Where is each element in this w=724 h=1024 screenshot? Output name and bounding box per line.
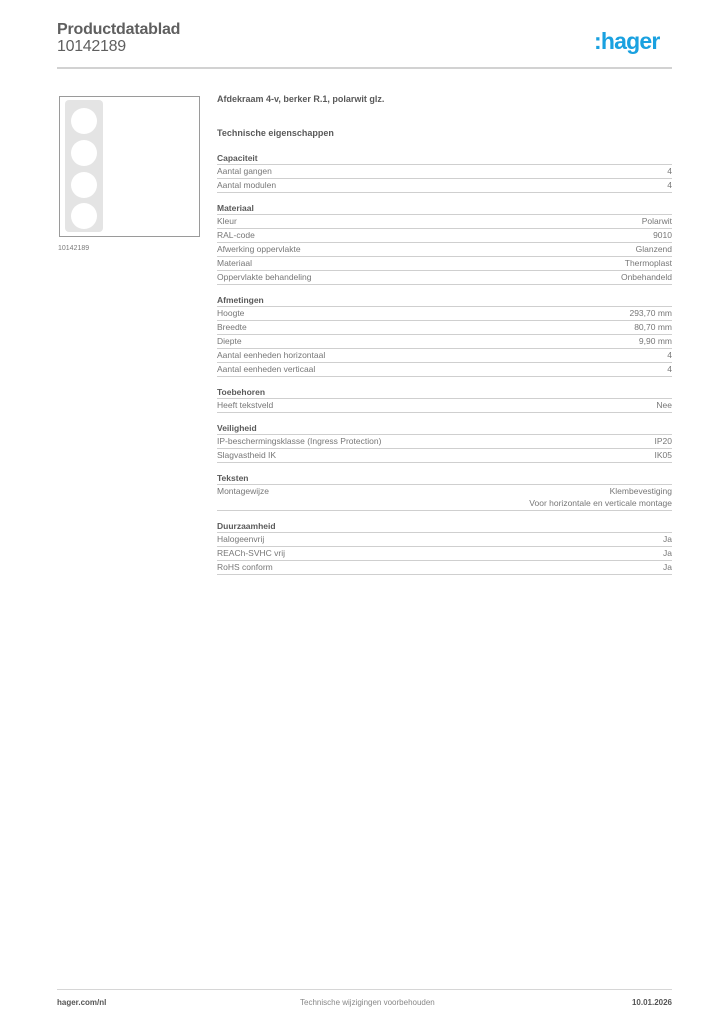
spec-label: REACh-SVHC vrij [217,547,285,560]
spec-value-line: IP20 [655,436,673,448]
spec-value: 9,90 mm [639,335,672,348]
section-title: Toebehoren [217,386,672,399]
footer-divider [57,989,672,990]
spec-value: Onbehandeld [621,271,672,284]
spec-value-line: Onbehandeld [621,272,672,284]
spec-section: DuurzaamheidHalogeenvrijJaREACh-SVHC vri… [217,520,672,575]
spec-value: Ja [663,561,672,574]
spec-value: Glanzend [636,243,672,256]
spec-value-line: Nee [656,400,672,412]
spec-row: Heeft tekstveldNee [217,399,672,413]
spec-value: IP20 [655,435,673,448]
spec-row: Hoogte293,70 mm [217,307,672,321]
spec-value-line: IK05 [655,450,673,462]
spec-row: Aantal eenheden horizontaal4 [217,349,672,363]
spec-row: RAL-code9010 [217,229,672,243]
frame-opening [71,108,97,134]
spec-value-line: Ja [663,548,672,560]
spec-value-line: Ja [663,562,672,574]
spec-value-line: 9010 [653,230,672,242]
spec-value-line: Ja [663,534,672,546]
spec-row: MateriaalThermoplast [217,257,672,271]
article-number: 10142189 [57,38,126,56]
spec-row: RoHS conformJa [217,561,672,575]
spec-value-line: 80,70 mm [634,322,672,334]
spec-label: Halogeenvrij [217,533,264,546]
spec-value-line: Voor horizontale en verticale montage [529,498,672,510]
spec-row: REACh-SVHC vrijJa [217,547,672,561]
spec-value-line: Polarwit [642,216,672,228]
spec-value-line: 4 [667,364,672,376]
spec-value: 9010 [653,229,672,242]
spec-value: IK05 [655,449,673,462]
spec-value: 4 [667,179,672,192]
spec-value-line: Klembevestiging [529,486,672,498]
spec-label: Montagewijze [217,485,269,498]
spec-value: 293,70 mm [629,307,672,320]
section-title: Materiaal [217,202,672,215]
spec-label: Afwerking oppervlakte [217,243,301,256]
spec-label: RoHS conform [217,561,273,574]
spec-row: Aantal gangen4 [217,165,672,179]
spec-value: Ja [663,547,672,560]
spec-value-line: Thermoplast [625,258,672,270]
spec-value-line: Glanzend [636,244,672,256]
spec-sections: CapaciteitAantal gangen4Aantal modulen4M… [217,152,672,575]
spec-value: 4 [667,165,672,178]
spec-value-line: 293,70 mm [629,308,672,320]
cover-frame-icon [65,100,103,232]
spec-row: HalogeenvrijJa [217,533,672,547]
spec-value: 80,70 mm [634,321,672,334]
spec-label: Aantal eenheden verticaal [217,363,315,376]
frame-opening [71,172,97,198]
spec-value-line: 9,90 mm [639,336,672,348]
spec-label: Aantal eenheden horizontaal [217,349,325,362]
spec-row: Slagvastheid IKIK05 [217,449,672,463]
spec-row: Aantal modulen4 [217,179,672,193]
spec-row: Afwerking oppervlakteGlanzend [217,243,672,257]
spec-label: Breedte [217,321,247,334]
section-title: Teksten [217,472,672,485]
image-caption: 10142189 [58,245,89,252]
spec-row: KleurPolarwit [217,215,672,229]
spec-row: MontagewijzeKlembevestigingVoor horizont… [217,485,672,511]
header-title: Productdatablad [57,21,180,39]
spec-section: ToebehorenHeeft tekstveldNee [217,386,672,413]
spec-section: CapaciteitAantal gangen4Aantal modulen4 [217,152,672,193]
product-name: Afdekraam 4-v, berker R.1, polarwit glz. [217,94,672,107]
footer-website[interactable]: hager.com/nl [57,998,106,1007]
spec-row: IP-beschermingsklasse (Ingress Protectio… [217,435,672,449]
spec-label: Aantal modulen [217,179,276,192]
tech-heading: Technische eigenschappen [217,128,672,141]
spec-section: VeiligheidIP-beschermingsklasse (Ingress… [217,422,672,463]
footer-date: 10.01.2026 [632,998,672,1007]
spec-value: Polarwit [642,215,672,228]
section-title: Veiligheid [217,422,672,435]
spec-content: Afdekraam 4-v, berker R.1, polarwit glz.… [217,94,672,584]
spec-row: Diepte9,90 mm [217,335,672,349]
spec-section: MateriaalKleurPolarwitRAL-code9010Afwerk… [217,202,672,285]
section-title: Afmetingen [217,294,672,307]
spec-value: Thermoplast [625,257,672,270]
section-title: Capaciteit [217,152,672,165]
frame-opening [71,140,97,166]
spec-value: KlembevestigingVoor horizontale en verti… [529,485,672,509]
spec-label: Heeft tekstveld [217,399,273,412]
footer-disclaimer: Technische wijzigingen voorbehouden [300,998,435,1007]
spec-label: Oppervlakte behandeling [217,271,312,284]
spec-value-line: 4 [667,180,672,192]
spec-value: Nee [656,399,672,412]
section-title: Duurzaamheid [217,520,672,533]
header-divider [57,67,672,69]
spec-label: Kleur [217,215,237,228]
spec-label: Diepte [217,335,242,348]
spec-label: RAL-code [217,229,255,242]
spec-value: Ja [663,533,672,546]
spec-label: Materiaal [217,257,252,270]
spec-value-line: 4 [667,166,672,178]
frame-opening [71,203,97,229]
spec-label: Slagvastheid IK [217,449,276,462]
spec-value: 4 [667,349,672,362]
spec-row: Aantal eenheden verticaal4 [217,363,672,377]
spec-section: TekstenMontagewijzeKlembevestigingVoor h… [217,472,672,511]
spec-row: Oppervlakte behandelingOnbehandeld [217,271,672,285]
spec-value-line: 4 [667,350,672,362]
spec-label: Aantal gangen [217,165,272,178]
hager-logo: :hager [594,29,660,53]
spec-row: Breedte80,70 mm [217,321,672,335]
spec-section: AfmetingenHoogte293,70 mmBreedte80,70 mm… [217,294,672,377]
spec-value: 4 [667,363,672,376]
spec-label: IP-beschermingsklasse (Ingress Protectio… [217,435,381,448]
spec-label: Hoogte [217,307,244,320]
product-image [59,96,200,237]
